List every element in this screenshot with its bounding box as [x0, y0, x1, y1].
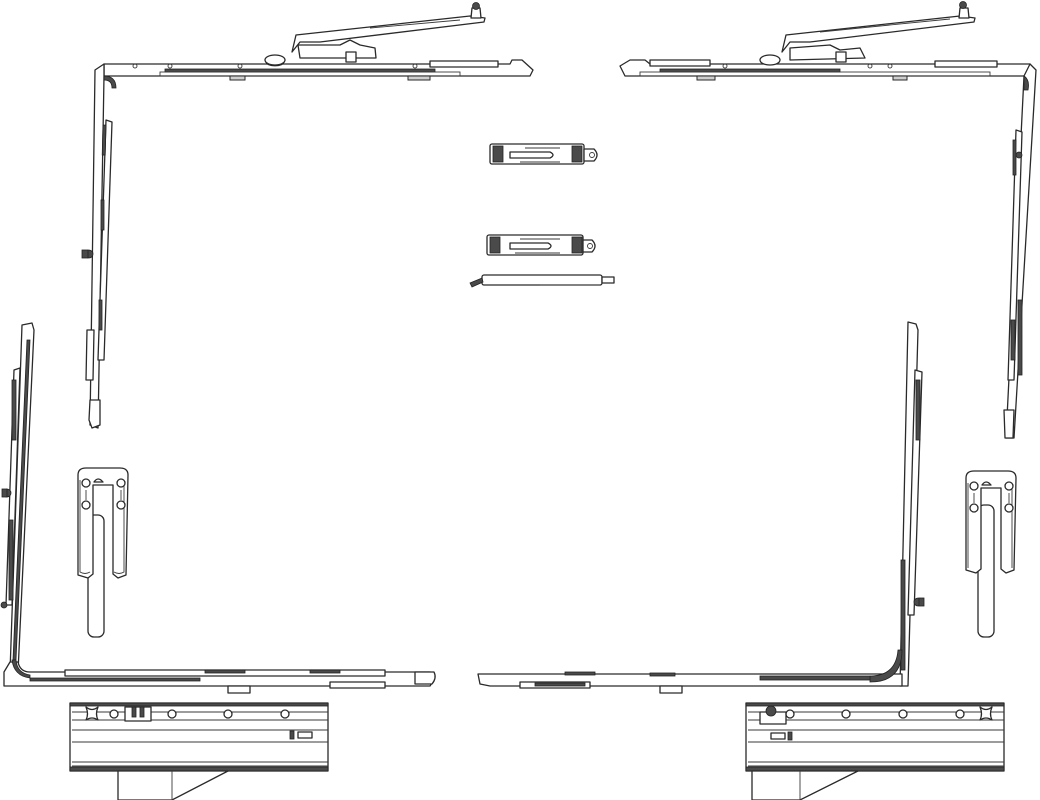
right-handle-gearbox: Handle gearbox (right)	[966, 471, 1016, 637]
left-bottom-corner-drive: Bottom corner drive with vertical rod (l…	[1, 323, 435, 693]
center-keeper-2: Center locking keeper	[487, 235, 595, 255]
top-right-stay-arm: Stay arm with corner drive (right)	[620, 2, 1036, 439]
center-pin: Locking pin	[470, 275, 614, 287]
hardware-exploded-diagram: Stay arm with corner drive (left) Upper …	[0, 0, 1040, 800]
left-handle-gearbox: Handle gearbox (left)	[78, 468, 128, 637]
center-keeper-1: Center locking keeper	[490, 144, 597, 164]
top-left-stay-arm: Stay arm with corner drive (left)	[90, 3, 533, 429]
left-hinge-housing: Bottom hinge housing (left)	[70, 703, 328, 800]
right-hinge-housing: Bottom hinge housing (right)	[746, 703, 1004, 800]
right-bottom-corner-drive: Bottom corner drive with vertical rod (r…	[478, 322, 924, 693]
